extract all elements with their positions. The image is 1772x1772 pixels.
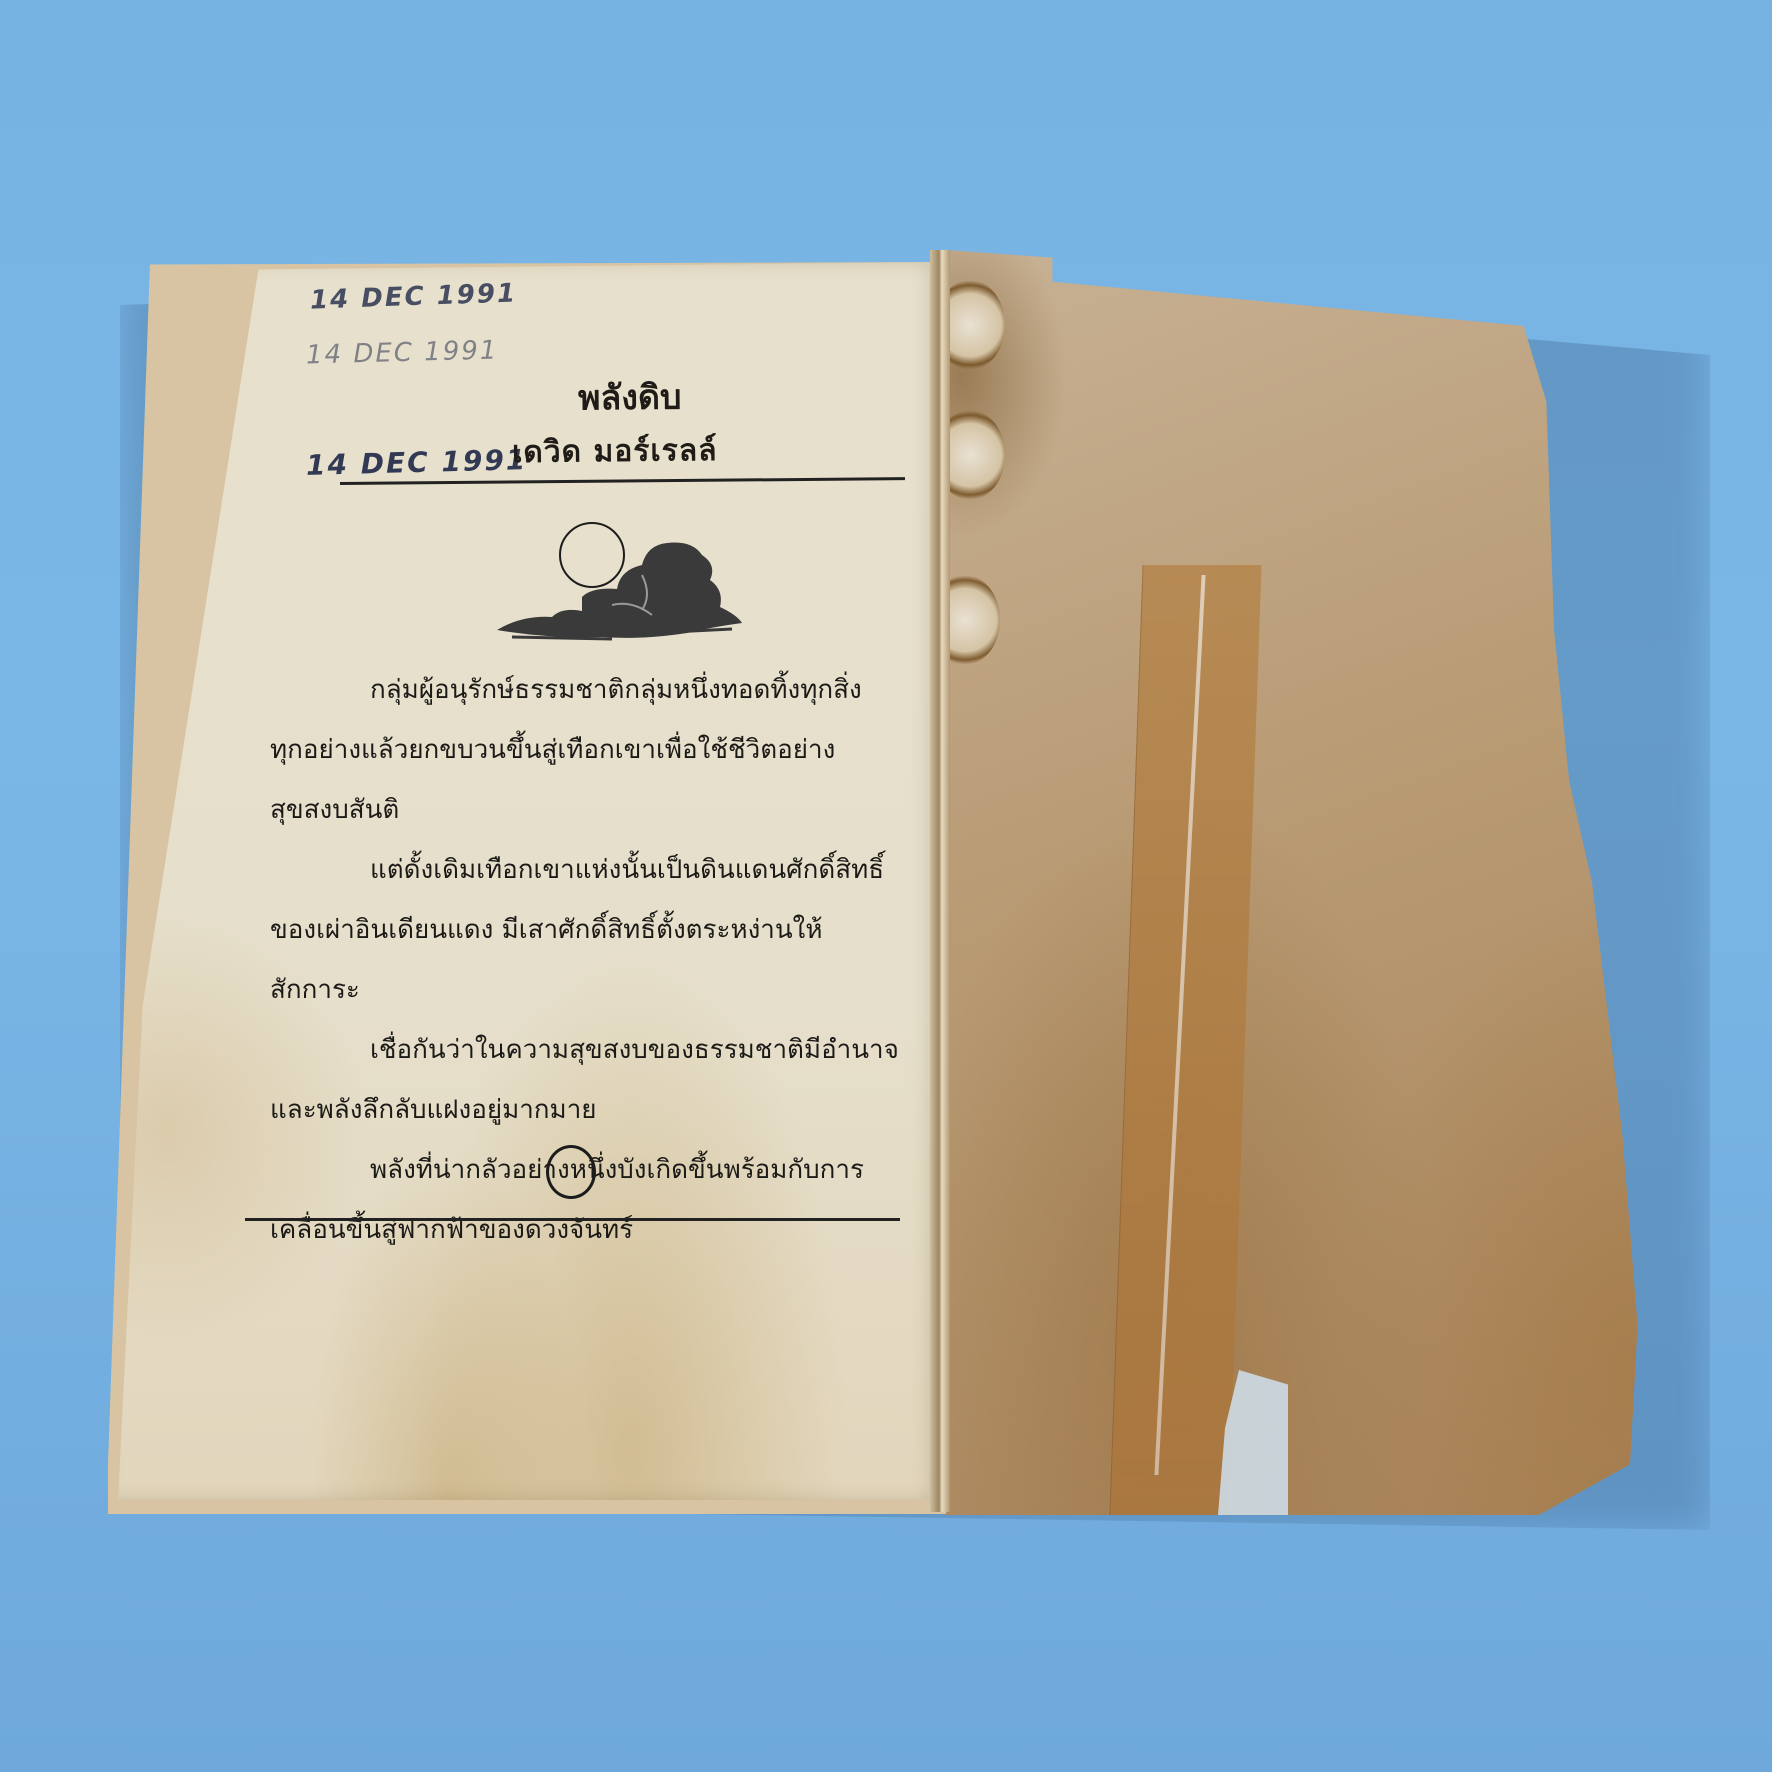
paragraph: เชื่อกันว่าในความสุขสงบของธรรมชาติมีอำนา… <box>270 1020 910 1140</box>
photo-scene: 14 DEC 1991 14 DEC 1991 14 DEC 1991 พลัง… <box>0 0 1772 1772</box>
text-line: ทุกอย่างแล้วยกขบวนขึ้นสู่เทือกเขาเพื่อใช… <box>170 720 835 780</box>
book-gutter <box>930 250 950 1512</box>
text-line: เชื่อกันว่าในความสุขสงบของธรรมชาติมีอำนา… <box>370 1035 899 1065</box>
text-line: แต่ดั้งเดิมเทือกเขาแห่งนั้นเป็นดินแดนศัก… <box>370 855 884 885</box>
book-author: เดวิด มอร์เรลล์ <box>512 427 718 476</box>
book-title: พลังดิบ <box>578 370 682 425</box>
paragraph: แต่ดั้งเดิมเทือกเขาแห่งนั้นเป็นดินแดนศัก… <box>270 840 910 1020</box>
circle-ornament-icon <box>546 1145 596 1199</box>
text-line: ของเผ่าอินเดียนแดง มีเสาศักดิ์สิทธิ์ตั้ง… <box>170 900 823 960</box>
text-line: สักการะ <box>170 960 360 1020</box>
date-stamp: 14 DEC 1991 <box>306 335 499 370</box>
text-line: พลังที่น่ากลัวอย่างหนึ่งบังเกิดขึ้นพร้อม… <box>370 1155 864 1185</box>
text-line: และพลังลึกลับแฝงอยู่มากมาย <box>170 1080 597 1140</box>
date-stamp: 14 DEC 1991 <box>306 443 528 482</box>
text-line: เคลื่อนขึ้นสู่ฟากฟ้าของดวงจันทร์ <box>170 1200 633 1260</box>
text-line: สุขสงบสันติ <box>170 780 399 840</box>
text-line: กลุ่มผู้อนุรักษ์ธรรมชาติกลุ่มหนึ่งทอดทิ้… <box>370 675 862 705</box>
paragraph: กลุ่มผู้อนุรักษ์ธรรมชาติกลุ่มหนึ่งทอดทิ้… <box>270 660 910 840</box>
moon-cloud-illustration-icon <box>492 515 742 645</box>
divider-bottom <box>245 1218 900 1221</box>
